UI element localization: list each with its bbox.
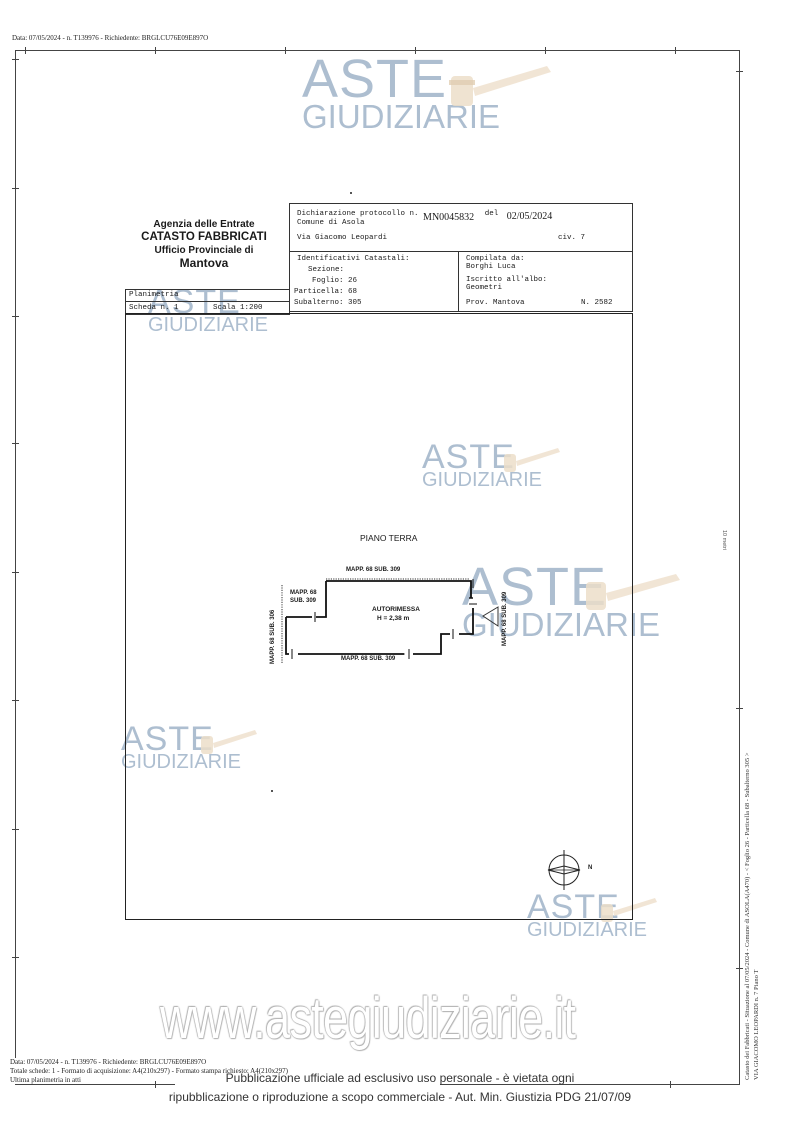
bottom-meta-line1: Data: 07/05/2024 - n. T139976 - Richiede… [10,1058,288,1067]
identifier-particella: Particella: 68 [294,288,357,296]
stray-mark [350,192,352,194]
protocol-date: 02/05/2024 [507,211,553,222]
cadastral-identifiers: Identificativi Catastali: Sezione: Fogli… [290,252,459,311]
register-value: Geometri [466,284,502,292]
agency-header: Agenzia delle Entrate CATASTO FABBRICATI… [120,218,288,270]
declaration-box: Dichiarazione protocollo n. MN0045832 de… [289,203,633,312]
frame-tick [155,47,156,54]
frame-left-border [15,50,16,1058]
boundary-label-top: MAPP. 68 SUB. 309 [346,567,400,573]
identifiers-title: Identificativi Catastali: [297,255,410,263]
gavel-icon [447,58,557,118]
frame-tick [12,316,19,317]
frame-tick [12,188,19,189]
service-name: CATASTO FABBRICATI [120,231,288,244]
aste-watermark-logo: ASTE GIUDIZIARIE [302,52,500,133]
civic-number: civ. 7 [558,234,585,242]
frame-tick [736,71,743,72]
sheet-number: Scheda n. 1 [129,304,179,312]
identifier-sezione: Sezione: [308,266,344,274]
plan-sheet-box: Planimetria Scheda n. 1 Scala 1:200 [125,289,290,315]
frame-tick [25,47,26,54]
frame-right-border [739,50,740,1084]
frame-tick [12,700,19,701]
protocol-label: Dichiarazione protocollo n. [297,210,419,218]
compiler-info: Compilata da: Borghi Luca Iscritto all'a… [459,252,632,311]
protocol-number: MN0045832 [423,212,474,223]
frame-tick [736,968,743,969]
date-label: del [485,210,499,218]
publication-notice-line1: Pubblicazione ufficiale ad esclusivo uso… [0,1071,800,1085]
frame-tick [12,59,19,60]
municipality: Comune di Asola [297,219,365,227]
boundary-label-bottom: MAPP. 68 SUB. 309 [341,656,395,662]
frame-tick [12,829,19,830]
side-info-line1: Catasto dei Fabbricati - Situazione al 0… [743,753,752,1080]
frame-tick [12,443,19,444]
frame-tick [675,47,676,54]
compiler-province: Prov. Mantova [466,299,525,307]
province-name: Mantova [120,257,288,270]
boundary-label-left-upper: MAPP. 68 [290,590,317,596]
room-name: AUTORIMESSA [372,606,420,613]
agency-name: Agenzia delle Entrate [120,218,288,231]
register-label: Iscritto all'albo: [466,276,547,284]
compiler-label: Compilata da: [466,255,525,263]
side-scale-note: 10 metri [721,530,727,550]
room-height: H = 2,38 m [377,615,409,622]
publication-notice-line2: ripubblicazione o riproduzione a scopo c… [0,1090,800,1104]
identifier-foglio: Foglio: 26 [312,277,357,285]
frame-tick [12,957,19,958]
top-request-meta: Data: 07/05/2024 - n. T139976 - Richiede… [12,34,208,42]
frame-tick [736,708,743,709]
cadastral-side-info: Catasto dei Fabbricati - Situazione al 0… [743,753,761,1080]
floor-label: PIANO TERRA [360,533,417,543]
identifier-subalterno: Subalterno: 305 [294,299,362,307]
register-number: N. 2582 [581,299,613,307]
frame-tick [545,47,546,54]
site-url-watermark: www.astegiudiziarie.it [160,985,575,1052]
stray-mark [271,790,273,792]
boundary-label-right-vertical: MAPP. 68 SUB. 309 [502,592,508,646]
frame-tick [12,572,19,573]
street-address: Via Giacomo Leopardi [297,234,387,242]
plan-title: Planimetria [126,290,289,302]
side-info-line2: VIA GIACOMO LEOPARDI n. 7 Piano T [752,753,761,1080]
frame-tick [285,47,286,54]
boundary-label-left-upper-sub: SUB. 309 [290,598,316,604]
compiler-name: Borghi Luca [466,263,516,271]
boundary-label-left-vertical: MAPP. 68 SUB. 306 [270,610,276,664]
compass-north-label: N [588,865,592,871]
